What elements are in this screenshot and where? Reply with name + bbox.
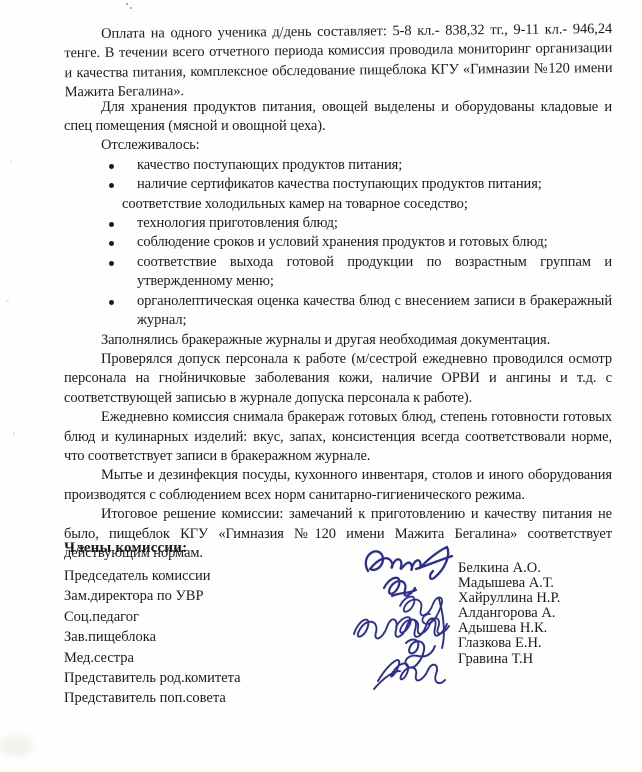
signature-1	[366, 547, 452, 579]
paragraph-sanitation: Мытье и дезинфекция посуды, кухонного ин…	[64, 466, 612, 505]
commission-member-name: Мадышева А.Т.	[458, 576, 560, 591]
commission-role: Зам.директора по УВР	[64, 586, 241, 606]
monitoring-list-item: технология приготовления блюд;	[64, 214, 612, 233]
monitoring-list-item: наличие сертификатов качества поступающи…	[64, 175, 612, 214]
scan-speck	[10, 160, 12, 162]
paragraph-daily-check: Ежедневно комиссия снимала бракераж гото…	[64, 408, 612, 466]
monitoring-list: качество поступающих продуктов питания; …	[64, 156, 612, 331]
commission-role: Председатель комиссии	[64, 566, 241, 586]
scan-speck	[13, 432, 15, 435]
scan-artifact	[126, 3, 128, 5]
list-intro: Отслеживалось:	[64, 136, 612, 155]
list-item-text: соответствие выхода готовой продукции по…	[137, 254, 612, 289]
paragraph-payment: Оплата на одного ученика д/день составля…	[64, 20, 613, 103]
commission-member-name: Адышева Н.К.	[458, 621, 560, 636]
list-item-text: технология приготовления блюд;	[137, 215, 338, 231]
list-item-text: соблюдение сроков и условий хранения про…	[137, 234, 548, 250]
commission-role: Соц.педагог	[64, 607, 241, 627]
commission-member-name: Алдангорова А.	[458, 606, 560, 621]
paragraph-personnel: Проверялся допуск персонала к работе (м/…	[64, 350, 612, 408]
signature-6	[405, 640, 435, 668]
commission-member-name: Белкина А.О.	[458, 561, 560, 576]
commission-member-name: Глазкова Е.Н.	[458, 636, 560, 651]
commission-heading: Члены комиссии:	[64, 540, 187, 557]
signature-2	[384, 578, 416, 596]
monitoring-list-item: соблюдение сроков и условий хранения про…	[64, 233, 612, 252]
commission-role: Мед.сестра	[64, 648, 241, 668]
commission-role: Представитель род.комитета	[64, 668, 241, 688]
monitoring-list-item: качество поступающих продуктов питания;	[64, 156, 612, 175]
monitoring-list-item: соответствие выхода готовой продукции по…	[64, 253, 612, 292]
monitoring-list-item: органолептическая оценка качества блюд с…	[64, 292, 612, 331]
handwritten-signatures	[350, 543, 472, 698]
report-body: Оплата на одного ученика д/день составля…	[64, 20, 612, 563]
list-item-text: органолептическая оценка качества блюд с…	[137, 293, 612, 328]
scan-smudge	[0, 735, 34, 757]
commission-member-name: Хайруллина Н.Р.	[458, 591, 560, 606]
commission-member-name: Гравина Т.Н	[458, 652, 560, 667]
commission-names: Белкина А.О. Мадышева А.Т. Хайруллина Н.…	[458, 561, 560, 667]
list-item-text: наличие сертификатов качества поступающи…	[137, 176, 542, 192]
commission-role: Зав.пищеблока	[64, 627, 241, 647]
paragraph-storage: Для хранения продуктов питания, овощей в…	[64, 98, 612, 137]
scanned-report-page: Оплата на одного ученика д/день составля…	[0, 0, 642, 772]
paragraph-journals: Заполнялись бракеражные журналы и другая…	[64, 331, 612, 350]
scan-speck	[6, 300, 9, 302]
commission-role: Представитель поп.совета	[64, 688, 241, 708]
list-item-continuation: соответствие холодильных камер на товарн…	[122, 195, 612, 214]
list-item-text: качество поступающих продуктов питания;	[137, 157, 402, 173]
commission-roles: Председатель комиссии Зам.директора по У…	[64, 566, 241, 709]
signature-7	[374, 660, 445, 689]
